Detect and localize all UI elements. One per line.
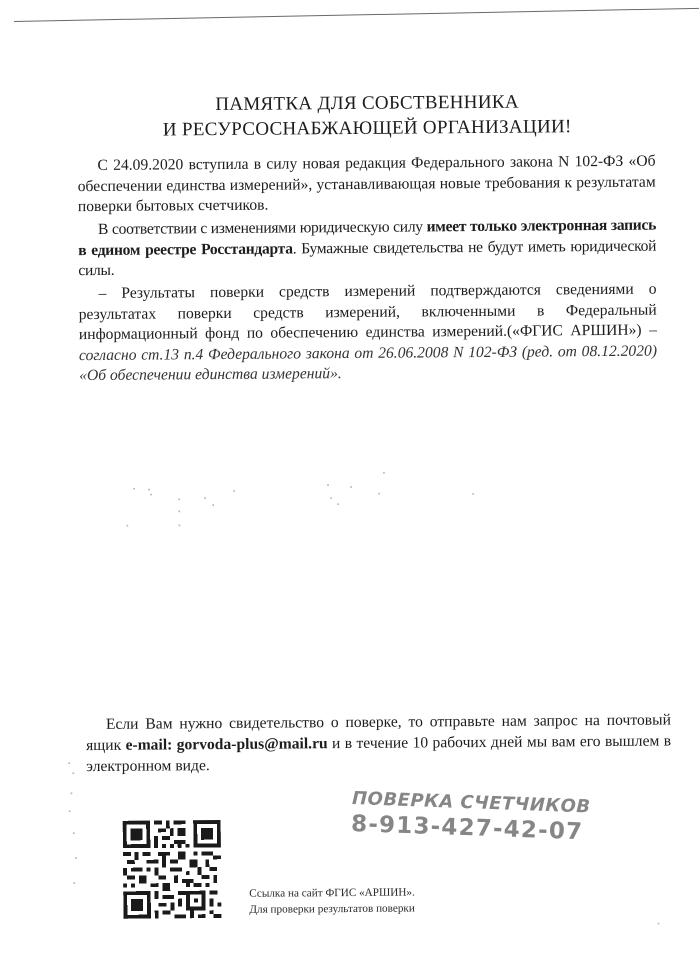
- contact-text: Если Вам нужно свидетельство о поверке, …: [86, 709, 671, 777]
- qr-caption-line-2: Для проверки результатов поверки: [249, 901, 415, 918]
- document-page: ПАМЯТКА ДЛЯ СОБСТВЕННИКА И РЕСУРСОСНАБЖА…: [0, 0, 699, 961]
- verification-stamp: ПОВЕРКА СЧЕТЧИКОВ 8-913-427-42-07: [351, 788, 591, 847]
- paragraph-3-text: – Результаты поверки средств измерений п…: [78, 280, 657, 387]
- title-line-2: И РЕСУРСОСНАБЖАЮЩЕЙ ОРГАНИЗАЦИИ!: [107, 112, 627, 146]
- paragraph-2-start: В соответствии с изменениями юридическую…: [98, 218, 427, 238]
- email-link[interactable]: e-mail: gorvoda-plus@mail.ru: [125, 735, 327, 754]
- paragraph-2-text: В соответствии с изменениями юридическую…: [78, 216, 656, 282]
- paragraph-3-start: – Результаты поверки средств измерений п…: [79, 281, 657, 344]
- scan-noise: [0, 0, 695, 3]
- paragraph-verification-results: – Результаты поверки средств измерений п…: [78, 280, 657, 387]
- paragraph-electronic-record: В соответствии с изменениями юридическую…: [78, 216, 656, 282]
- paragraph-law-update: С 24.09.2020 вступила в силу новая редак…: [77, 152, 655, 218]
- qr-code-icon[interactable]: [123, 820, 222, 919]
- contact-request-block: Если Вам нужно свидетельство о поверке, …: [86, 709, 671, 777]
- qr-caption: Ссылка на сайт ФГИС «АРШИН». Для проверк…: [249, 885, 415, 918]
- qr-caption-line-1: Ссылка на сайт ФГИС «АРШИН».: [249, 885, 415, 902]
- paragraph-1-text: С 24.09.2020 вступила в силу новая редак…: [77, 152, 655, 218]
